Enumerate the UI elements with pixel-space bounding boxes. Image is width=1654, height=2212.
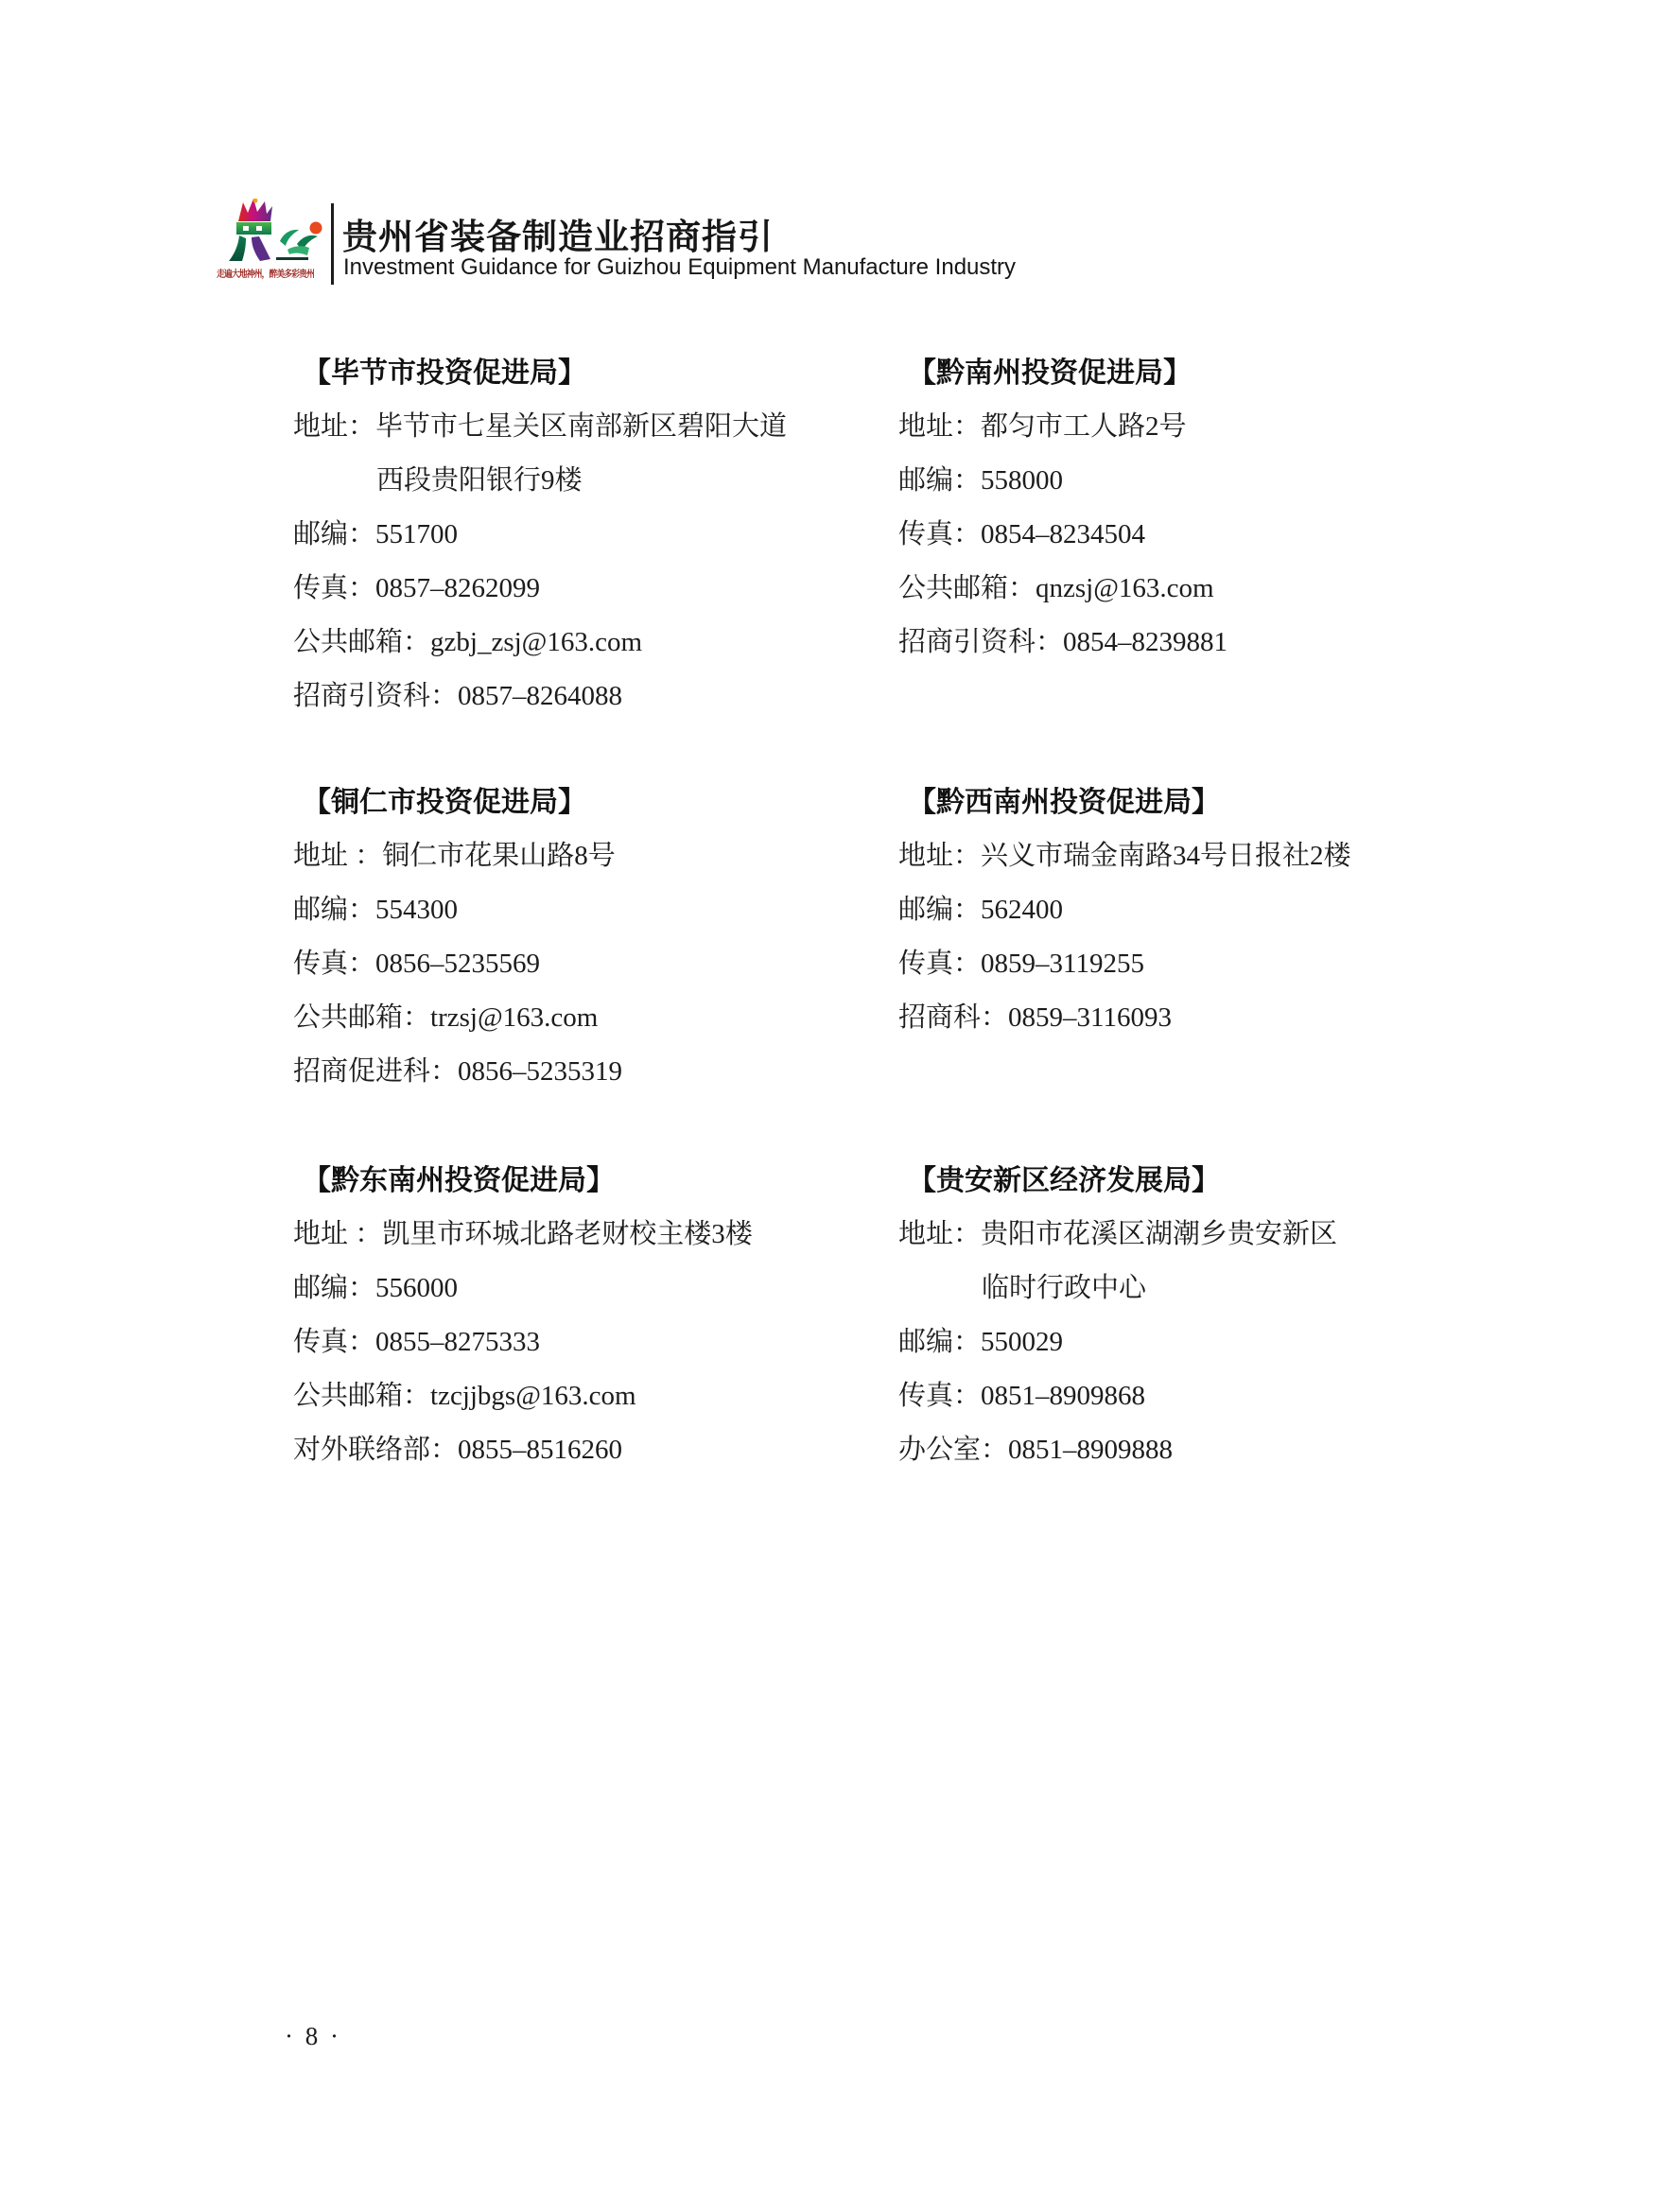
contact-label: 传真： <box>293 1327 375 1357</box>
contact-label: 对外联络部： <box>293 1435 458 1465</box>
contact-value: 0854–8239881 <box>1063 627 1227 657</box>
contact-line: 地址 ：凯里市环城北路老财校主楼3楼 <box>293 1208 917 1262</box>
contact-value: 0855–8516260 <box>458 1435 622 1465</box>
bureau-name: 【黔西南州投资促进局】 <box>898 775 1523 829</box>
contact-value: 铜仁市花果山路8号 <box>382 841 616 871</box>
contact-value: 0856–5235319 <box>458 1056 622 1087</box>
contact-label: 公共邮箱： <box>293 1381 430 1411</box>
contact-line: 邮编：554300 <box>293 883 917 937</box>
contact-value: trzsj@163.com <box>430 1002 598 1033</box>
contact-label: 邮编： <box>293 895 375 925</box>
contact-label: 传真： <box>898 949 981 979</box>
contact-value: 554300 <box>375 895 458 925</box>
contact-label: 招商引资科： <box>293 681 458 711</box>
contact-value: 556000 <box>375 1273 458 1303</box>
contact-label: 公共邮箱： <box>293 1002 430 1033</box>
contact-label: 公共邮箱： <box>293 627 430 657</box>
contact-value: 0856–5235569 <box>375 949 540 979</box>
bureau-card: 【黔西南州投资促进局】地址：兴义市瑞金南路34号日报社2楼邮编：562400传真… <box>898 775 1523 1045</box>
contact-value: 临时行政中心 <box>982 1273 1146 1303</box>
contact-label: 传真： <box>293 949 375 979</box>
header-divider <box>331 203 334 285</box>
contact-label: 传真： <box>898 1381 981 1411</box>
contact-label: 邮编： <box>898 1327 981 1357</box>
contact-value: 0854–8234504 <box>981 519 1145 549</box>
bureau-name: 【铜仁市投资促进局】 <box>293 775 917 829</box>
contact-value: 0857–8264088 <box>458 681 622 711</box>
bureau-card: 【毕节市投资促进局】地址：毕节市七星关区南部新区碧阳大道西段贵阳银行9楼邮编：5… <box>293 346 917 723</box>
bureau-name: 【黔东南州投资促进局】 <box>293 1154 917 1208</box>
contact-line: 公共邮箱：gzbj_zsj@163.com <box>293 616 917 670</box>
bureau-card: 【贵安新区经济发展局】地址：贵阳市花溪区湖潮乡贵安新区临时行政中心邮编：5500… <box>898 1154 1523 1477</box>
contact-label: 招商引资科： <box>898 627 1063 657</box>
contact-value: tzcjjbgs@163.com <box>430 1381 636 1411</box>
contact-line: 公共邮箱：tzcjjbgs@163.com <box>293 1369 917 1423</box>
bureau-name: 【毕节市投资促进局】 <box>293 346 917 400</box>
contact-line: 招商促进科：0856–5235319 <box>293 1045 917 1099</box>
contact-value: 0851–8909888 <box>1008 1435 1173 1465</box>
contact-value: 0857–8262099 <box>375 573 540 603</box>
page-number: · 8 · <box>285 2022 341 2051</box>
contact-line: 招商引资科：0854–8239881 <box>898 616 1523 670</box>
page-subtitle: Investment Guidance for Guizhou Equipmen… <box>343 254 1016 281</box>
contact-line: 招商引资科：0857–8264088 <box>293 670 917 723</box>
contact-value: 0855–8275333 <box>375 1327 540 1357</box>
contact-line: 邮编：550029 <box>898 1315 1523 1369</box>
contact-line: 传真：0851–8909868 <box>898 1369 1523 1423</box>
page-title: 贵州省装备制造业招商指引 <box>342 208 774 259</box>
contact-line: 西段贵阳银行9楼 <box>293 454 917 508</box>
bureau-card: 【黔东南州投资促进局】地址 ：凯里市环城北路老财校主楼3楼邮编：556000传真… <box>293 1154 917 1477</box>
contact-label: 地址 ： <box>293 841 382 871</box>
contact-value: 558000 <box>981 465 1063 496</box>
contact-line: 传真：0854–8234504 <box>898 508 1523 562</box>
contact-line: 地址 ：铜仁市花果山路8号 <box>293 829 917 883</box>
contact-line: 邮编：556000 <box>293 1262 917 1315</box>
contact-value: 551700 <box>375 519 458 549</box>
contact-label: 地址： <box>293 411 375 442</box>
contact-value: qnzsj@163.com <box>1036 573 1214 603</box>
contact-value: 550029 <box>981 1327 1063 1357</box>
contact-line: 办公室：0851–8909888 <box>898 1423 1523 1477</box>
contact-value: gzbj_zsj@163.com <box>430 627 642 657</box>
contact-label: 公共邮箱： <box>898 573 1036 603</box>
contact-value: 凯里市环城北路老财校主楼3楼 <box>382 1219 753 1249</box>
contact-value: 西段贵阳银行9楼 <box>376 465 583 496</box>
contact-label: 办公室： <box>898 1435 1008 1465</box>
bureau-card: 【黔南州投资促进局】地址：都匀市工人路2号邮编：558000传真：0854–82… <box>898 346 1523 670</box>
contact-value: 0851–8909868 <box>981 1381 1145 1411</box>
contact-label: 传真： <box>293 573 375 603</box>
document-page: 走遍大地神州，醉美多彩贵州 贵州省装备制造业招商指引 Investment Gu… <box>0 0 1654 2212</box>
contact-line: 公共邮箱：qnzsj@163.com <box>898 562 1523 616</box>
contact-value: 0859–3116093 <box>1008 1002 1172 1033</box>
contact-value: 毕节市七星关区南部新区碧阳大道 <box>375 411 787 442</box>
contact-label: 招商促进科： <box>293 1056 458 1087</box>
contact-label: 地址： <box>898 411 981 442</box>
logo-slogan: 走遍大地神州，醉美多彩贵州 <box>217 266 314 280</box>
guizhou-brand-logo-icon <box>218 199 326 265</box>
contact-line: 地址：毕节市七星关区南部新区碧阳大道 <box>293 400 917 454</box>
contact-line: 地址：都匀市工人路2号 <box>898 400 1523 454</box>
contact-label: 邮编： <box>293 1273 375 1303</box>
contact-line: 地址：贵阳市花溪区湖潮乡贵安新区 <box>898 1208 1523 1262</box>
contact-line: 传真：0859–3119255 <box>898 937 1523 991</box>
contact-line: 邮编：558000 <box>898 454 1523 508</box>
contact-label: 地址： <box>898 841 981 871</box>
contact-line: 临时行政中心 <box>898 1262 1523 1315</box>
bureau-name: 【贵安新区经济发展局】 <box>898 1154 1523 1208</box>
contact-value: 兴义市瑞金南路34号日报社2楼 <box>981 841 1351 871</box>
contact-line: 邮编：551700 <box>293 508 917 562</box>
contact-value: 0859–3119255 <box>981 949 1144 979</box>
contact-line: 邮编：562400 <box>898 883 1523 937</box>
contact-label: 招商科： <box>898 1002 1008 1033</box>
contact-label: 传真： <box>898 519 981 549</box>
bureau-name: 【黔南州投资促进局】 <box>898 346 1523 400</box>
contact-value: 562400 <box>981 895 1063 925</box>
contact-line: 公共邮箱：trzsj@163.com <box>293 991 917 1045</box>
contact-line: 地址：兴义市瑞金南路34号日报社2楼 <box>898 829 1523 883</box>
contact-line: 传真：0856–5235569 <box>293 937 917 991</box>
contact-line: 传真：0855–8275333 <box>293 1315 917 1369</box>
contact-label: 邮编： <box>898 465 981 496</box>
contact-line: 招商科：0859–3116093 <box>898 991 1523 1045</box>
contact-value: 贵阳市花溪区湖潮乡贵安新区 <box>981 1219 1337 1249</box>
contact-line: 传真：0857–8262099 <box>293 562 917 616</box>
contact-label: 地址 ： <box>293 1219 382 1249</box>
contact-label: 邮编： <box>293 519 375 549</box>
contact-line: 对外联络部：0855–8516260 <box>293 1423 917 1477</box>
contact-value: 都匀市工人路2号 <box>981 411 1187 442</box>
bureau-card: 【铜仁市投资促进局】地址 ：铜仁市花果山路8号邮编：554300传真：0856–… <box>293 775 917 1099</box>
contact-label: 地址： <box>898 1219 981 1249</box>
contact-label: 邮编： <box>898 895 981 925</box>
